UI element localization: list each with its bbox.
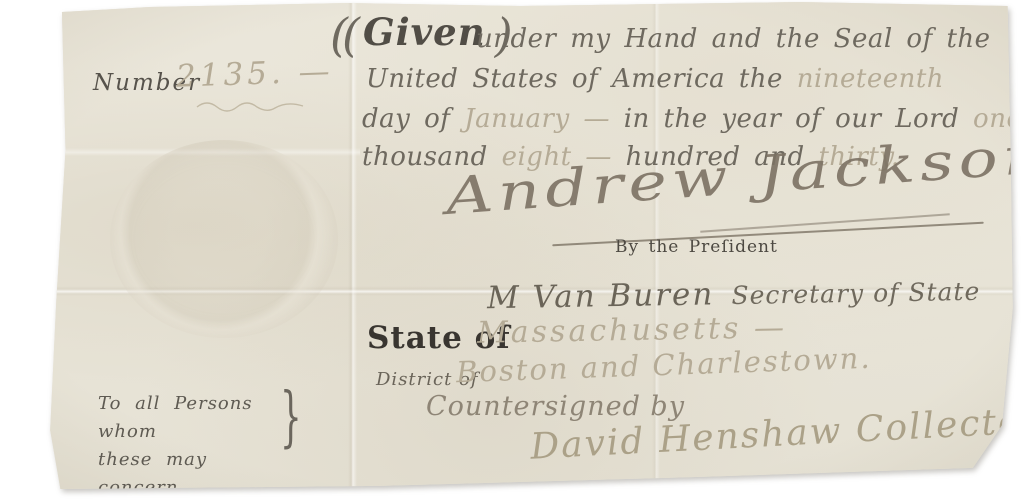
given-word: Given — [363, 10, 486, 54]
body-line-3: day of January — in the year of our Lord… — [362, 104, 1022, 134]
address-brace: } — [280, 378, 302, 455]
secretary-signature: M Van Buren — [487, 276, 715, 316]
vertical-fold-crease — [348, 0, 357, 502]
printed-text: day of — [362, 104, 450, 134]
scan-background: Number 2135. — (( Given ) under my Hand … — [0, 0, 1024, 502]
body-line-2: United States of America the nineteenth — [366, 64, 944, 94]
address-line-1: To all Persons whom — [98, 393, 253, 442]
printed-text: United States of America the — [366, 64, 783, 94]
body-line-1: under my Hand and the Seal of the — [476, 24, 991, 54]
handwritten-day: nineteenth — [797, 64, 944, 94]
secretary-signature-row: M Van Buren Secretary of State — [487, 272, 981, 317]
printed-text: in the year of our Lord — [624, 104, 960, 134]
by-the-president-caption: By the Preſident — [615, 237, 778, 257]
address-clause: To all Persons whom these may concern — [98, 390, 288, 502]
secretary-title: Secretary of State — [731, 277, 980, 310]
number-value-handwritten: 2135. — — [175, 53, 334, 94]
handwritten-month: January — — [464, 104, 610, 134]
certificate-paper: Number 2135. — (( Given ) under my Hand … — [0, 0, 1024, 502]
flourish-left: (( — [330, 8, 354, 62]
embossed-seal — [110, 140, 338, 338]
certificate-paper-wrap: Number 2135. — (( Given ) under my Hand … — [0, 0, 1024, 502]
address-line-2: these may concern — [98, 449, 207, 498]
number-flourish — [195, 100, 305, 112]
countersigned-by-label: Countersigned by — [426, 391, 685, 422]
